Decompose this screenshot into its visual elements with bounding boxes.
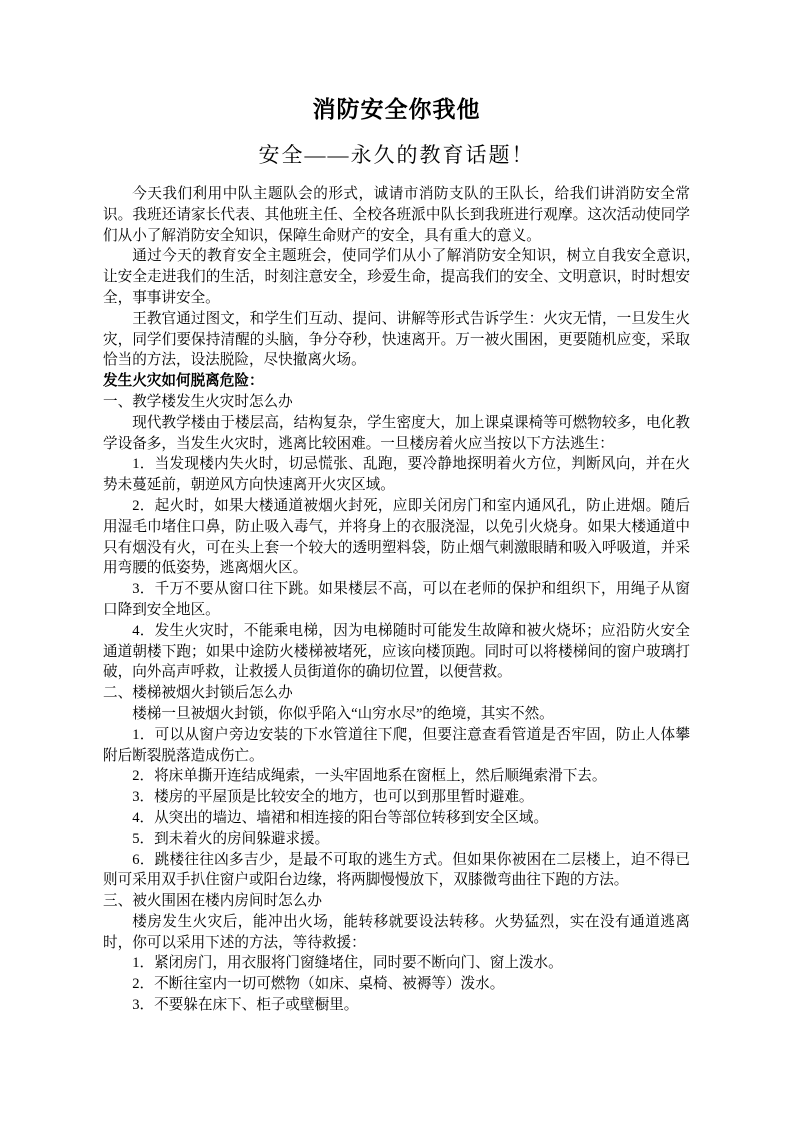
section-3-item-2: 2．不断往室内一切可燃物（如床、桌椅、被褥等）泼水。: [103, 974, 690, 995]
section-2-item-2: 2．将床单撕开连结成绳索，一头牢固地系在窗框上，然后顺绳索滑下去。: [103, 766, 690, 787]
section-1-item-3: 3．千万不要从窗口往下跳。如果楼层不高，可以在老师的保护和组织下，用绳子从窗口降…: [103, 579, 690, 621]
intro-paragraph-2: 通过今天的教育安全主题班会，使同学们从小了解消防安全知识，树立自我安全意识,让安…: [103, 246, 690, 308]
section-2-item-3: 3．楼房的平屋顶是比较安全的地方，也可以到那里暂时避难。: [103, 787, 690, 808]
section-3-item-1: 1．紧闭房门，用衣服将门窗缝堵住，同时要不断向门、窗上泼水。: [103, 953, 690, 974]
section-1-item-2: 2．起火时，如果大楼通道被烟火封死，应即关闭房门和室内通风孔，防止进烟。随后用湿…: [103, 496, 690, 579]
document-title: 消防安全你我他: [103, 96, 690, 124]
document-content: 消防安全你我他 安全——永久的教育话题！ 今天我们利用中队主题队会的形式，诚请市…: [103, 0, 690, 1016]
document-subtitle: 安全——永久的教育话题！: [103, 142, 690, 168]
section-3-item-3: 3．不要躲在床下、柜子或壁橱里。: [103, 995, 690, 1016]
section-2-item-5: 5．到未着火的房间躲避求援。: [103, 829, 690, 850]
section-2-item-1: 1．可以从窗户旁边安装的下水管道往下爬，但要注意查看管道是否牢固，防止人体攀附后…: [103, 725, 690, 767]
emphasis-heading: 发生火灾如何脱离危险：: [103, 371, 690, 392]
section-2-intro: 楼梯一旦被烟火封锁，你似乎陷入“山穷水尽”的绝境，其实不然。: [103, 704, 690, 725]
section-3-intro: 楼房发生火灾后，能冲出火场，能转移就要设法转移。火势猛烈，实在没有通道逃离时，你…: [103, 912, 690, 954]
section-2-item-6: 6．跳楼往往凶多吉少，是最不可取的逃生方式。但如果你被困在二层楼上，迫不得已则可…: [103, 850, 690, 892]
document-body: 今天我们利用中队主题队会的形式，诚请市消防支队的王队长，给我们讲消防安全常识。我…: [103, 184, 690, 1016]
section-1-intro: 现代教学楼由于楼层高，结构复杂，学生密度大，加上课桌课椅等可燃物较多，电化教学设…: [103, 413, 690, 455]
section-1-heading: 一、教学楼发生火灾时怎么办: [103, 392, 690, 413]
section-1-item-4: 4．发生火灾时，不能乘电梯，因为电梯随时可能发生故障和被火烧坏；应沿防火安全通道…: [103, 621, 690, 683]
section-2-heading: 二、楼梯被烟火封锁后怎么办: [103, 683, 690, 704]
section-2-item-4: 4．从突出的墙边、墙裙和相连接的阳台等部位转移到安全区域。: [103, 808, 690, 829]
intro-paragraph-1: 今天我们利用中队主题队会的形式，诚请市消防支队的王队长，给我们讲消防安全常识。我…: [103, 184, 690, 246]
section-1-item-1: 1．当发现楼内失火时，切忌慌张、乱跑，要冷静地探明着火方位，判断风向，并在火势未…: [103, 454, 690, 496]
intro-paragraph-3: 王教官通过图文，和学生们互动、提问、讲解等形式告诉学生：火灾无情，一旦发生火灾，…: [103, 309, 690, 371]
section-3-heading: 三、被火围困在楼内房间时怎么办: [103, 891, 690, 912]
document-page: 消防安全你我他 安全——永久的教育话题！ 今天我们利用中队主题队会的形式，诚请市…: [0, 0, 793, 1122]
